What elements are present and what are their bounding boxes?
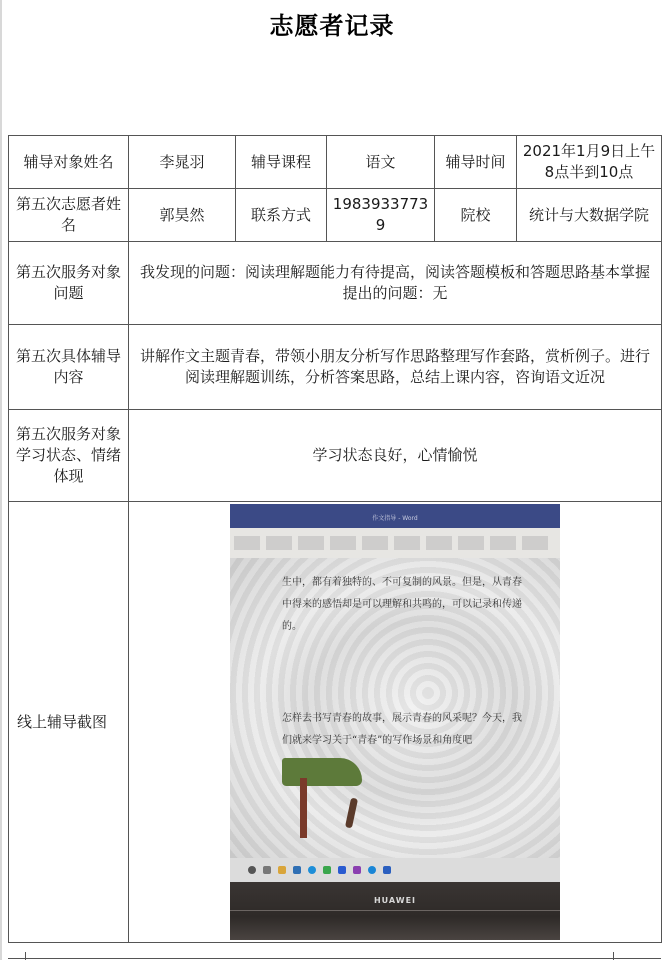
next-table-top-border: [8, 958, 661, 959]
tutoring-time-value: 2021年1月9日上午8点半到10点: [517, 136, 662, 189]
tutoring-content-label: 第五次具体辅导内容: [9, 325, 129, 410]
app-icon: [368, 866, 376, 874]
table-row: 第五次服务对象学习状态、情绪体现 学习状态良好，心情愉悦: [9, 410, 662, 502]
store-icon: [293, 866, 301, 874]
next-table-border: [613, 952, 614, 960]
tutoring-content-value: 讲解作文主题青春，带领小朋友分析写作思路整理写作套路，赏析例子。进行阅读理解题训…: [129, 325, 662, 410]
student-name-value: 李晁羽: [129, 136, 236, 189]
tutoring-time-label: 辅导时间: [435, 136, 517, 189]
laptop-hinge: [230, 910, 560, 911]
learning-state-value: 学习状态良好，心情愉悦: [129, 410, 662, 502]
windows-taskbar: [230, 858, 560, 882]
table-row: 辅导对象姓名 李晁羽 辅导课程 语文 辅导时间 2021年1月9日上午8点半到1…: [9, 136, 662, 189]
page-title: 志愿者记录: [0, 6, 664, 41]
word-icon: [383, 866, 391, 874]
document-paragraph-1: 生中，都有着独特的、不可复制的风景。但是，从青春中得来的感悟却是可以理解和共鸣的…: [282, 572, 522, 638]
app-icon: [353, 866, 361, 874]
laptop-brand: HUAWEI: [230, 890, 560, 911]
word-window-title: 作文指导 - Word: [230, 508, 560, 529]
table-row: 线上辅导截图 作文指导 - Word 生中，都有着独特的、不可复制的风景。但是，…: [9, 502, 662, 943]
student-issues-label: 第五次服务对象问题: [9, 242, 129, 325]
next-table-border: [25, 952, 26, 960]
ribbon-styles: [234, 536, 552, 550]
student-name-label: 辅导对象姓名: [9, 136, 129, 189]
word-ribbon: [230, 528, 560, 558]
school-label: 院校: [435, 189, 517, 242]
course-label: 辅导课程: [236, 136, 327, 189]
table-row: 第五次服务对象问题 我发现的问题：阅读理解题能力有待提高，阅读答题模板和答题思路…: [9, 242, 662, 325]
task-view-icon: [263, 866, 271, 874]
volunteer-name-label: 第五次志愿者姓名: [9, 189, 129, 242]
table-row: 第五次志愿者姓名 郭昊然 联系方式 19839337739 院校 统计与大数据学…: [9, 189, 662, 242]
learning-state-label: 第五次服务对象学习状态、情绪体现: [9, 410, 129, 502]
issues-found-text: 我发现的问题：阅读理解题能力有待提高，阅读答题模板和答题思路基本掌握: [133, 262, 657, 283]
student-issues-value: 我发现的问题：阅读理解题能力有待提高，阅读答题模板和答题思路基本掌握 提出的问题…: [129, 242, 662, 325]
contact-value: 19839337739: [327, 189, 435, 242]
volunteer-name-value: 郭昊然: [129, 189, 236, 242]
word-titlebar: 作文指导 - Word: [230, 504, 560, 528]
tree-crown: [282, 758, 362, 786]
edge-icon: [308, 866, 316, 874]
contact-label: 联系方式: [236, 189, 327, 242]
online-screenshot-label: 线上辅导截图: [9, 502, 129, 943]
document-paragraph-2: 怎样去书写青春的故事，展示青春的风采呢？今天，我们就来学习关于“青春”的写作场景…: [282, 708, 522, 752]
questions-raised-text: 提出的问题：无: [133, 283, 657, 304]
laptop-bezel: HUAWEI: [230, 882, 560, 940]
online-screenshot-cell: 作文指导 - Word 生中，都有着独特的、不可复制的风景。但是，从青春中得来的…: [129, 502, 662, 943]
wechat-icon: [323, 866, 331, 874]
screenshot-photo: 作文指导 - Word 生中，都有着独特的、不可复制的风景。但是，从青春中得来的…: [230, 504, 560, 940]
search-icon: [248, 866, 256, 874]
file-explorer-icon: [278, 866, 286, 874]
word-document-area: 生中，都有着独特的、不可复制的风景。但是，从青春中得来的感悟却是可以理解和共鸣的…: [230, 558, 560, 858]
table-row: 第五次具体辅导内容 讲解作文主题青春，带领小朋友分析写作思路整理写作套路，赏析例…: [9, 325, 662, 410]
app-icon: [338, 866, 346, 874]
volunteer-record-table: 辅导对象姓名 李晁羽 辅导课程 语文 辅导时间 2021年1月9日上午8点半到1…: [8, 135, 662, 943]
course-value: 语文: [327, 136, 435, 189]
page-edge: [0, 0, 2, 960]
school-value: 统计与大数据学院: [517, 189, 662, 242]
tree-trunk: [300, 778, 307, 838]
